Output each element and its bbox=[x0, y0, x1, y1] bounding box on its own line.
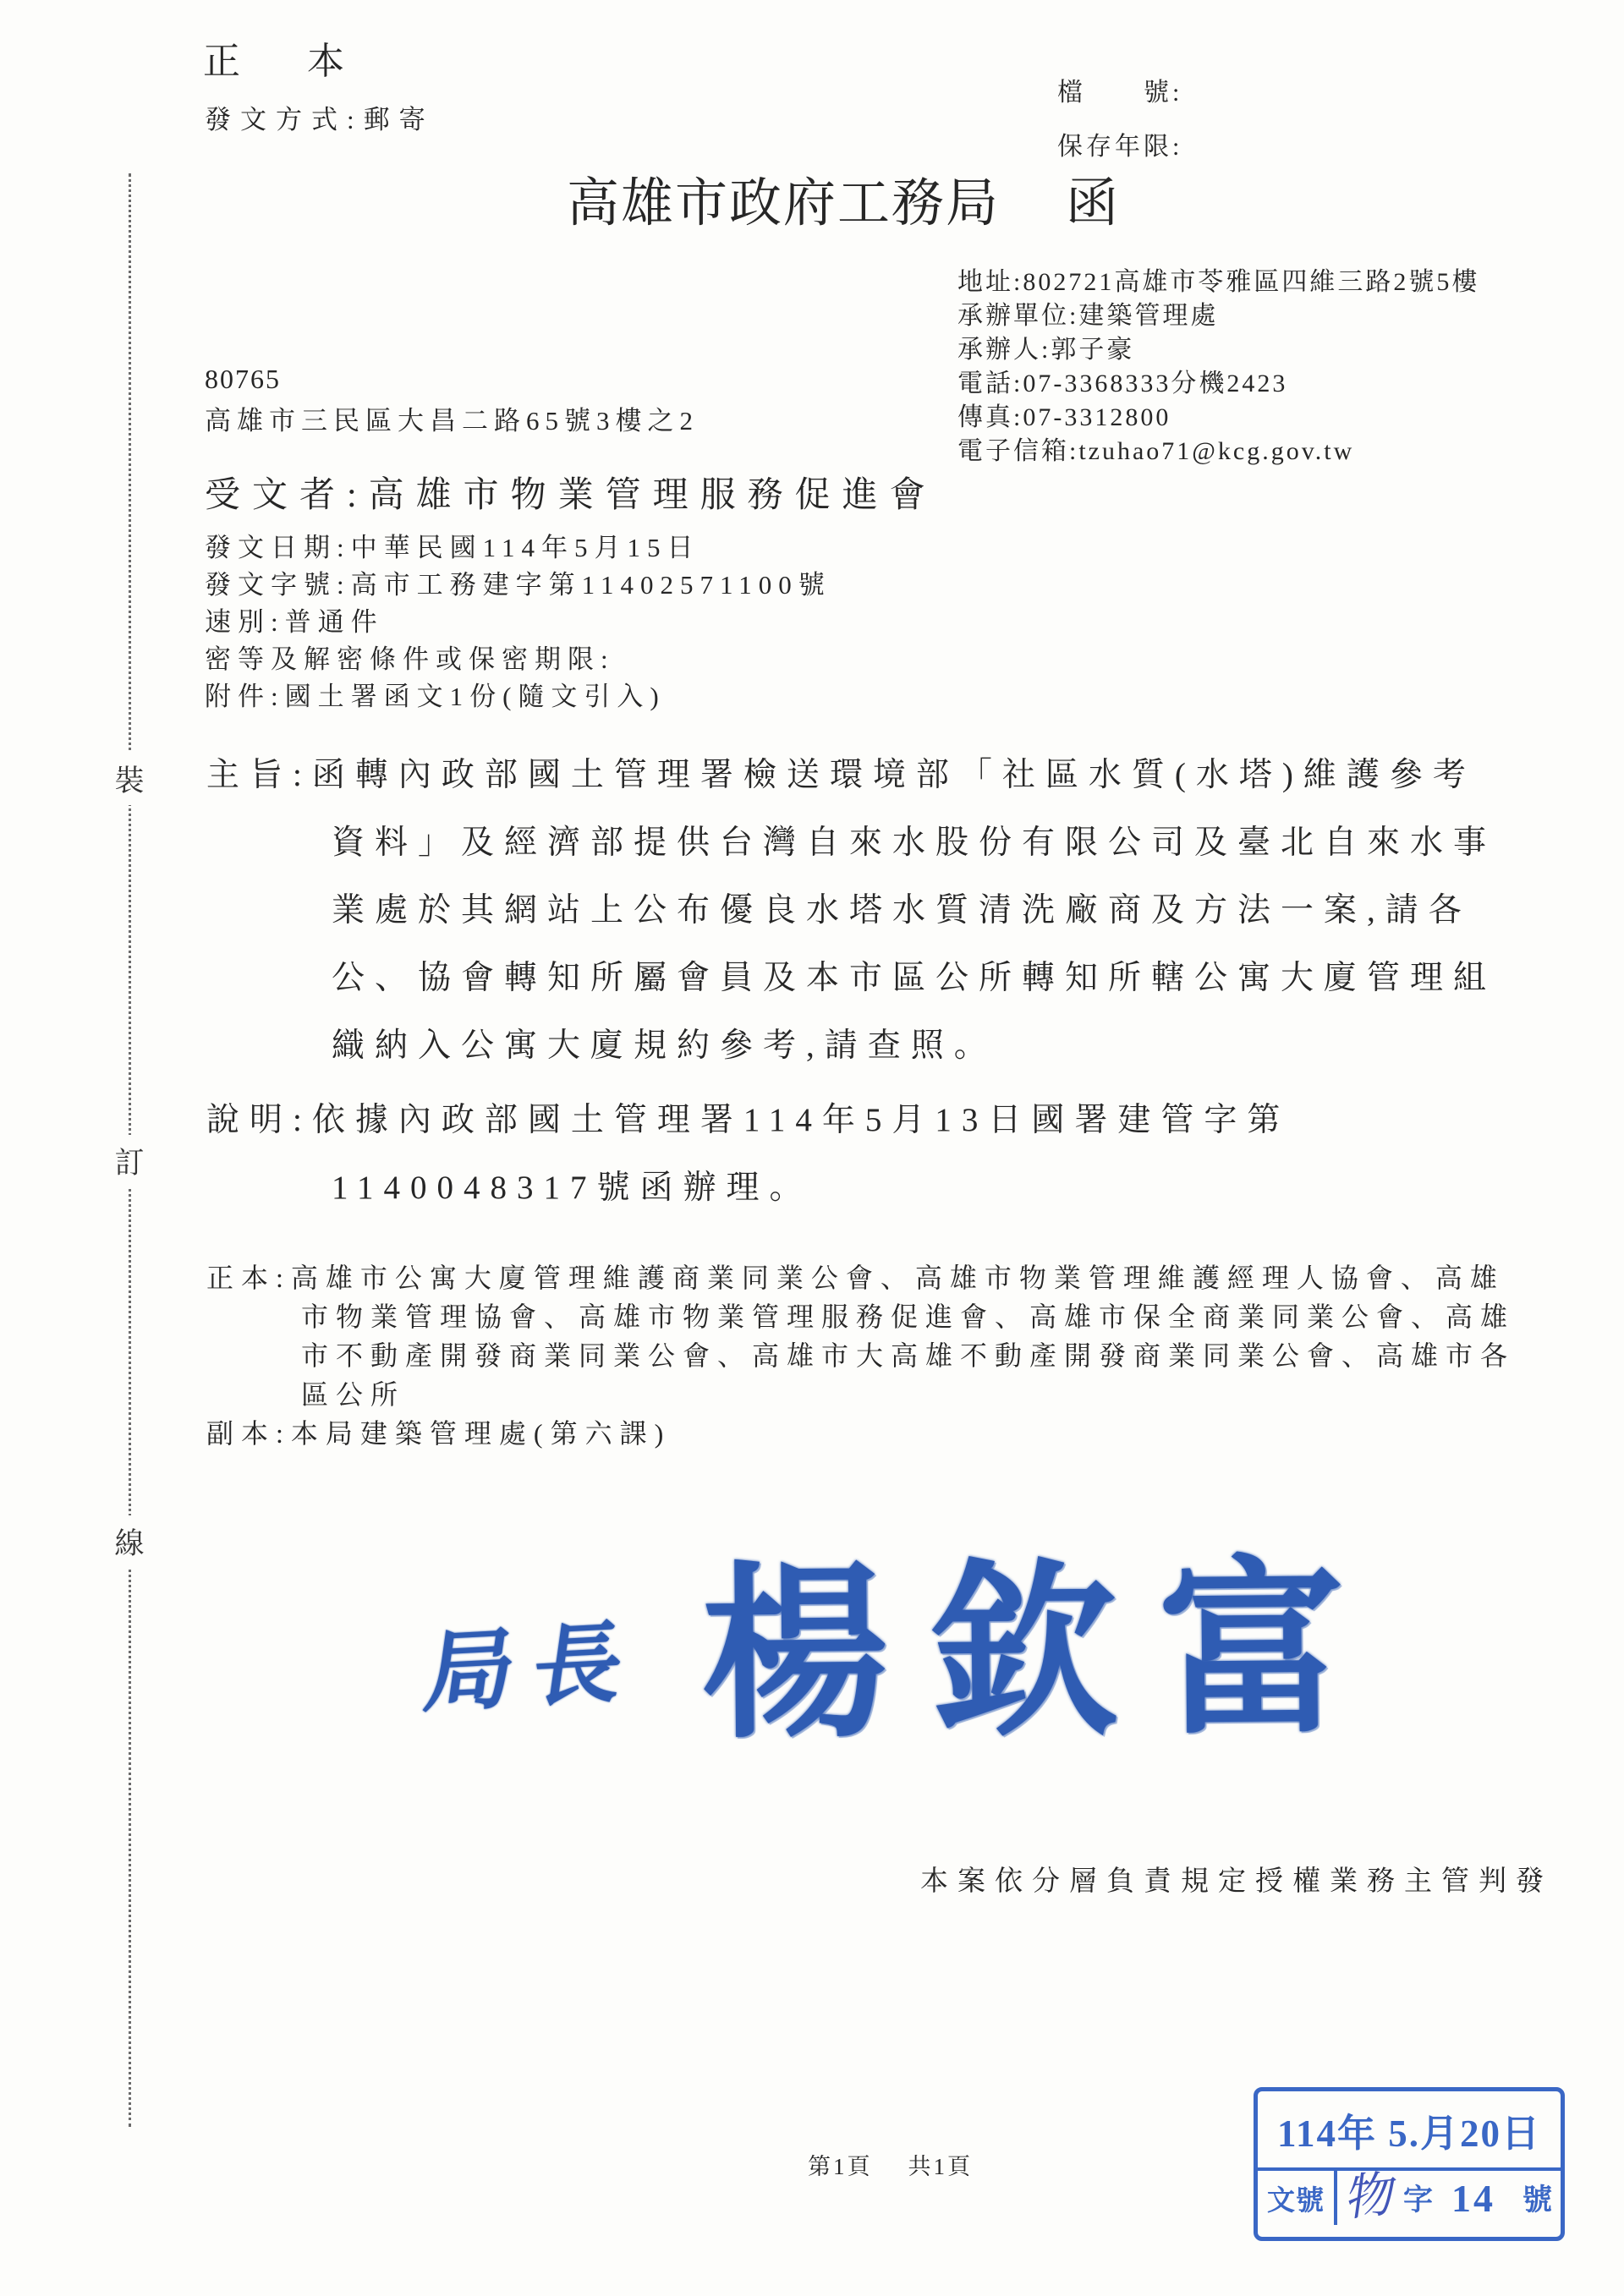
issue-number: 發文字號:高市工務建字第11402571100號 bbox=[205, 567, 831, 604]
official-letter-page: 裝 訂 線 正 本 發文方式:郵寄 檔 號: 保存年限: 高雄市政府工務局 函 … bbox=[0, 0, 1624, 2296]
binding-mark-ding: 訂 bbox=[110, 1135, 149, 1187]
stamp-number-row: 文號 物 字 14 號 bbox=[1258, 2167, 1561, 2225]
stamp-doc-number-label: 文號 bbox=[1258, 2171, 1337, 2225]
footer-current-page: 第1頁 bbox=[808, 2148, 873, 2181]
signature-title: 局長 bbox=[418, 1591, 650, 1729]
recipient-zip: 80765 bbox=[205, 364, 281, 395]
copy-type-label: 正 本 bbox=[203, 30, 373, 85]
authorization-note: 本案依分層負責規定授權業務主管判發 bbox=[920, 1859, 1553, 1899]
distribution-original-label: 正本: bbox=[206, 1263, 291, 1293]
binding-mark-zhuang: 裝 bbox=[110, 753, 149, 805]
distribution-original-text: 高雄市公寓大廈管理維護商業同業公會、高雄市物業管理維護經理人協會、高雄市物業管理… bbox=[291, 1263, 1515, 1410]
issuing-org-title: 高雄市政府工務局 bbox=[567, 161, 1000, 236]
binding-mark-xian: 線 bbox=[110, 1515, 149, 1568]
distribution-copy-text: 本局建築管理處(第六課) bbox=[291, 1418, 671, 1449]
security-class: 密等及解密條件或保密期限: bbox=[205, 641, 831, 678]
distribution-block: 正本:高雄市公寓大廈管理維護商業同業公會、高雄市物業管理維護經理人協會、高雄市物… bbox=[206, 1258, 1516, 1453]
received-stamp: 114年 5.月20日 文號 物 字 14 號 bbox=[1254, 2087, 1565, 2241]
footer-total-pages: 共1頁 bbox=[908, 2148, 974, 2181]
document-title: 高雄市政府工務局 函 bbox=[567, 161, 1120, 236]
issue-date: 發文日期:中華民國114年5月15日 bbox=[205, 529, 831, 567]
signature-name: 楊欽富 bbox=[700, 1557, 1387, 1751]
sender-phone: 電話:07-3368333分機2423 bbox=[957, 367, 1479, 401]
distribution-copy: 副本:本局建築管理處(第六課) bbox=[206, 1414, 1516, 1453]
stamp-doc-number-value: 物 字 14 號 bbox=[1337, 2171, 1561, 2225]
document-type: 函 bbox=[1066, 161, 1120, 236]
explanation-paragraph: 說明:依據內政部國土管理署114年5月13日國署建管字第1140048317號函… bbox=[206, 1087, 1499, 1222]
file-number-label: 檔 號: bbox=[1057, 71, 1182, 108]
recipient-address: 高雄市三民區大昌二路65號3樓之2 bbox=[205, 399, 699, 437]
distribution-original: 正本:高雄市公寓大廈管理維護商業同業公會、高雄市物業管理維護經理人協會、高雄市物… bbox=[206, 1258, 1516, 1414]
stamp-handwritten-char: 物 bbox=[1339, 2154, 1395, 2230]
distribution-copy-label: 副本: bbox=[206, 1418, 291, 1449]
recipient-line: 受文者:高雄市物業管理服務促進會 bbox=[205, 467, 937, 518]
delivery-method: 發文方式:郵寄 bbox=[205, 98, 435, 136]
subject-paragraph: 主旨:函轉內政部國土管理署檢送環境部「社區水質(水塔)維護參考資料」及經濟部提供… bbox=[206, 742, 1499, 1080]
retention-period-label: 保存年限: bbox=[1057, 125, 1182, 162]
sender-fax: 傳真:07-3312800 bbox=[957, 401, 1479, 435]
explanation-text: 依據內政部國土管理署114年5月13日國署建管字第1140048317號函辦理。 bbox=[312, 1102, 1291, 1206]
stamp-suffix-char: 字 bbox=[1403, 2177, 1433, 2219]
attachment-note: 附件:國土署函文1份(隨文引入) bbox=[205, 678, 831, 715]
subject-text: 函轉內政部國土管理署檢送環境部「社區水質(水塔)維護參考資料」及經濟部提供台灣自… bbox=[312, 757, 1496, 1064]
page-footer: 第1頁 共1頁 bbox=[808, 2148, 973, 2181]
sender-info-block: 地址:802721高雄市苓雅區四維三路2號5樓 承辦單位:建築管理處 承辦人:郭… bbox=[957, 266, 1479, 469]
signature-block: 局長 楊欽富 bbox=[427, 1560, 1386, 1748]
explanation-label: 說明: bbox=[206, 1102, 312, 1138]
subject-label: 主旨: bbox=[206, 757, 312, 793]
stamp-number: 14 bbox=[1451, 2176, 1495, 2221]
sender-email: 電子信箱:tzuhao71@kcg.gov.tw bbox=[957, 435, 1479, 469]
document-meta-block: 發文日期:中華民國114年5月15日 發文字號:高市工務建字第114025711… bbox=[205, 529, 831, 715]
speed-class: 速別:普通件 bbox=[205, 604, 831, 641]
sender-contact-person: 承辦人:郭子豪 bbox=[957, 333, 1479, 367]
stamp-unit-char: 號 bbox=[1522, 2177, 1552, 2219]
stamp-date: 114年 5.月20日 bbox=[1258, 2091, 1561, 2167]
sender-address: 地址:802721高雄市苓雅區四維三路2號5樓 bbox=[957, 266, 1479, 299]
sender-unit: 承辦單位:建築管理處 bbox=[957, 299, 1479, 333]
